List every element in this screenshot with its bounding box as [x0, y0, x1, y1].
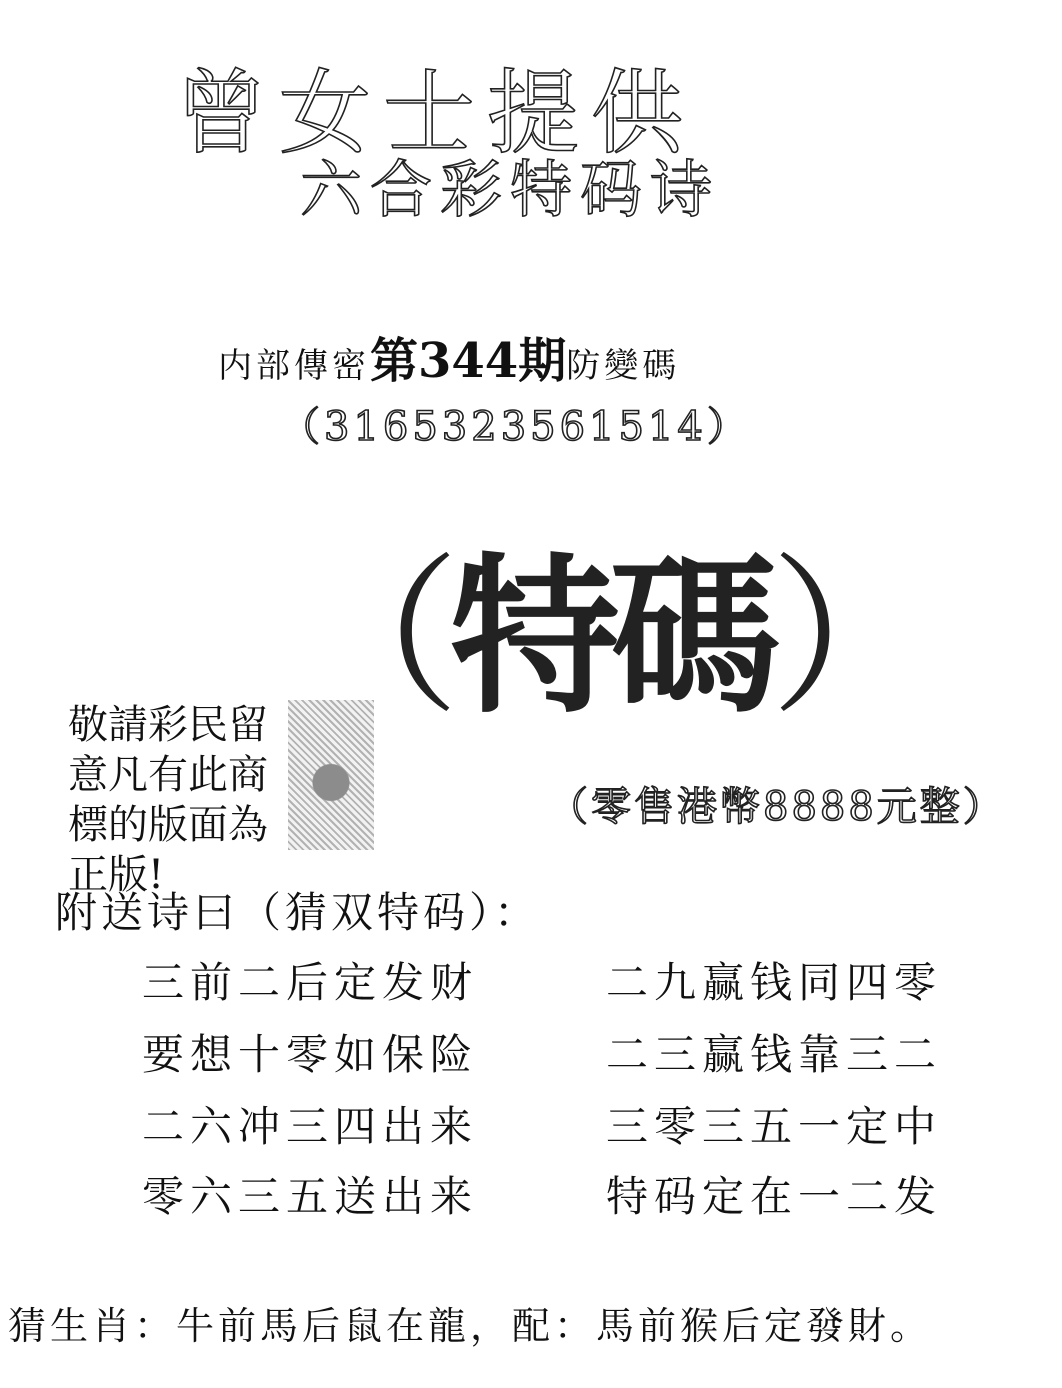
authenticity-notice: 敬請彩民留意凡有此商標的版面為正版! — [68, 700, 278, 900]
main-mark-text: 特碼 — [450, 537, 770, 737]
poem-left-line-3: 二六冲三四出来 — [142, 1094, 478, 1154]
poem-right-line-3: 三零三五一定中 — [606, 1094, 942, 1154]
trademark-stamp-image — [288, 700, 374, 850]
issue-number: 第344期 — [370, 333, 566, 389]
poem-heading: 附送诗曰（猜双特码）： — [55, 880, 540, 940]
poem-right-line-4: 特码定在一二发 — [606, 1164, 942, 1224]
poem-right-line-1: 二九赢钱同四零 — [606, 950, 942, 1010]
poem-right-line-2: 二三赢钱靠三二 — [606, 1022, 942, 1082]
main-mark: （特碼） — [290, 500, 930, 745]
subtitle: 六合彩特码诗 — [300, 140, 720, 229]
poem-left-line-4: 零六三五送出来 — [142, 1164, 478, 1224]
close-paren: ） — [770, 539, 930, 737]
issue-codes: （3165323561514） — [280, 395, 751, 452]
zodiac-guess: 猜生肖：牛前馬后鼠在龍，配：馬前猴后定發財。 — [8, 1295, 932, 1350]
poem-left-line-2: 要想十零如保险 — [142, 1022, 478, 1082]
poem-left-line-1: 三前二后定发财 — [142, 950, 478, 1010]
issue-prefix: 内部傳密 — [218, 346, 370, 386]
issue-line: 内部傳密第344期防變碼 — [218, 322, 680, 391]
price-label: （零售港幣8888元整） — [548, 775, 1006, 832]
issue-suffix: 防變碼 — [566, 346, 680, 386]
